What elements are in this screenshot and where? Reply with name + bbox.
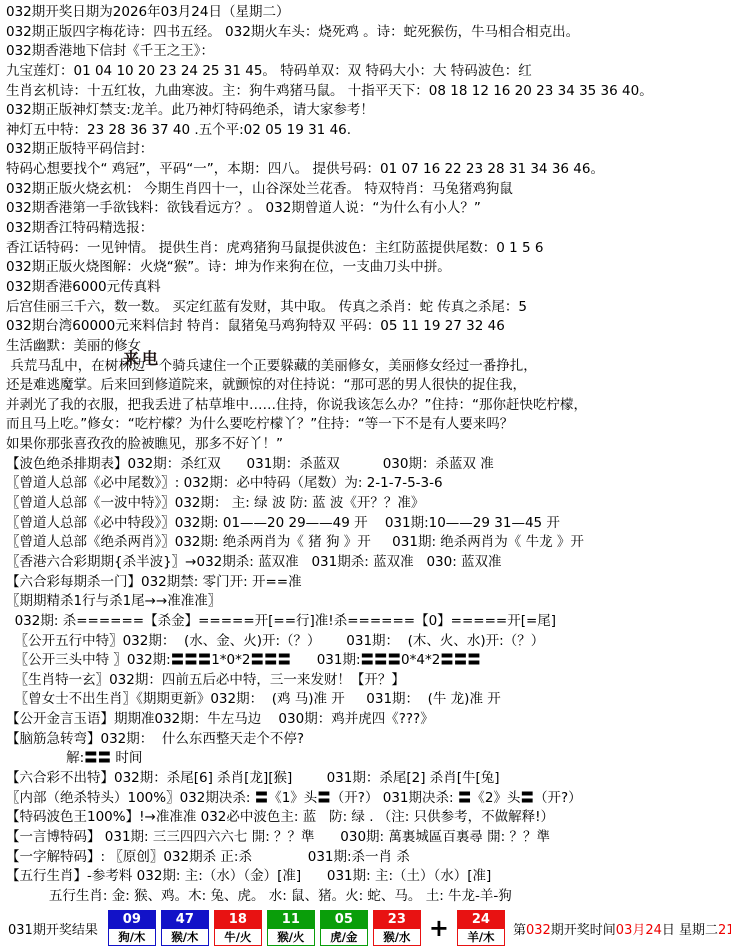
text-line: 〖曾道人总部《必中尾数》〗: 032期：必中特码（尾数）为: 2-1-7-5-3… [6, 474, 729, 494]
text-line: 九宝莲灯：01 04 10 20 23 24 25 31 45。 特码单双：双 … [6, 62, 729, 82]
text-line: 032期香江特码精选报： [6, 219, 729, 239]
text-line: 032期正版特平码信封： [6, 140, 729, 160]
text-line: 【六合彩不出特】032期：杀尾[6] 杀肖[龙][猴] 031期：杀尾[2] 杀… [6, 769, 729, 789]
text-line: 032期香港地下信封《千王之王》： [6, 42, 729, 62]
ball-number: 11 [267, 910, 315, 929]
text-line: 032期: 杀======【杀金】=====开[==行]准!杀======【0】… [6, 612, 729, 632]
text-line: 〖曾道人总部《一波中特》〗032期： 主: 绿 波 防: 蓝 波《开？？准》 [6, 494, 729, 514]
draw-result-bar: 031期开奖结果 09狗/木47猴/木18牛/火11猴/火05虎/金23猴/水+… [0, 906, 731, 950]
text-line: 五行生肖: 金: 猴、鸡。木: 兔、虎。 水: 鼠、猪。火: 蛇、马。 土: 牛… [6, 887, 729, 907]
text-line: 【六合彩每期杀一门】032期禁: 零门开: 开==准 [6, 573, 729, 593]
text-line: 兵荒马乱中，在树林边一个骑兵逮住一个正要躲藏的美丽修女，美丽修女经过一番挣扎， [6, 357, 729, 377]
next-draw-time-segment: 日 星期二 [662, 923, 718, 938]
next-draw-time-segment: 03月24 [616, 923, 662, 938]
text-line: 生活幽默：美丽的修女 [6, 337, 729, 357]
ball-number: 18 [214, 910, 262, 929]
next-draw-time-segment: 第 [513, 923, 526, 938]
next-draw-time-segment: 期开奖时间 [551, 923, 616, 938]
result-ball: 09狗/木 [108, 910, 156, 946]
lottery-tipsheet-page: 032期开奖日期为2026年03月24日（星期二）032期正版四字梅花诗：四书五… [0, 0, 731, 952]
text-line: 如果你那张喜孜孜的脸被瞧见，那多不好丫！” [6, 435, 729, 455]
ball-label: 牛/火 [214, 929, 262, 946]
next-draw-time-segment: 21:30 [718, 923, 731, 938]
result-label: 031期开奖结果 [8, 919, 98, 938]
text-line: 〖期期精杀1行与杀1尾→→准准准〗 [6, 592, 729, 612]
ball-label: 猴/木 [161, 929, 209, 946]
result-balls: 09狗/木47猴/木18牛/火11猴/火05虎/金23猴/水+24羊/木 [108, 910, 505, 946]
text-line: 〖生肖特一玄〗032期：四前五后必中特，三一来发财！【开？】 [6, 671, 729, 691]
text-line: 032期正版火烧玄机： 今期生肖四十一，山谷深处兰花香。 特双特肖：马兔猪鸡狗鼠 [6, 180, 729, 200]
text-line: 后宫佳丽三千六，数一数。 买定红蓝有发财，其中取。 传真之杀肖：蛇 传真之杀尾：… [6, 298, 729, 318]
text-line: 032期香港第一手欲钱料：欲钱看远方？。 032期曾道人说：“为什么有小人？” [6, 199, 729, 219]
text-line: 032期台湾60000元来料信封 特肖：鼠猪兔马鸡狗特双 平码：05 11 19… [6, 317, 729, 337]
ball-number: 47 [161, 910, 209, 929]
text-line: 【五行生肖】-参考料 032期: 主:（水）（金）[准] 031期: 主:（土）… [6, 867, 729, 887]
text-line: 032期开奖日期为2026年03月24日（星期二） [6, 3, 729, 23]
text-line: 〖曾道人总部《绝杀两肖》〗032期: 绝杀两肖为《 猪 狗 》开 031期: 绝… [6, 533, 729, 553]
text-line: 【一字解特码】: 〖原创〗032期杀 正:杀 031期:杀一肖 杀 [6, 848, 729, 868]
result-ball: 18牛/火 [214, 910, 262, 946]
text-line: 香江话特码：一见钟情。 提供生肖：虎鸡猪狗马鼠提供波色：主红防蓝提供尾数：0 1… [6, 239, 729, 259]
text-line: 032期正版四字梅花诗：四书五经。 032期火车头：烧死鸡 。诗：蛇死猴伤，牛马… [6, 23, 729, 43]
result-ball: 47猴/木 [161, 910, 209, 946]
result-ball: 23猴/水 [373, 910, 421, 946]
text-line: 【一言博特码】 031期: 三三四四六六七 開: ？？準 030期: 萬裏城區百… [6, 828, 729, 848]
text-line: 特码心想要找个“ 鸡冠”，平码“一”，本期：四八。 提供号码：01 07 16 … [6, 160, 729, 180]
ball-number: 05 [320, 910, 368, 929]
text-line: 032期正版火烧图解：火烧“猴”。诗：坤为作来狗在位，一支曲刀头中拼。 [6, 258, 729, 278]
text-line: 〖内部（绝杀特头）100%〗032期决杀: 〓《1》头〓（开?） 031期决杀:… [6, 789, 729, 809]
document-lines: 032期开奖日期为2026年03月24日（星期二）032期正版四字梅花诗：四书五… [6, 3, 729, 906]
text-line: 【公开金言玉语】期期准032期：牛左马边 030期：鸡并虎四《???》 [6, 710, 729, 730]
result-ball: 05虎/金 [320, 910, 368, 946]
text-line: 032期正版神灯禁支:龙羊。此乃神灯特码绝杀，请大家参考！ [6, 101, 729, 121]
ball-label: 狗/木 [108, 929, 156, 946]
text-line: 〖曾道人总部《必中特段》〗032期: 01——20 29——49 开 031期:… [6, 514, 729, 534]
result-ball: 24羊/木 [457, 910, 505, 946]
text-line: 解:〓〓 时间 [6, 749, 729, 769]
ball-number: 23 [373, 910, 421, 929]
text-line: 生肖玄机诗：十五红妆，九曲寒波。主：狗牛鸡猪马鼠。 十指平天下：08 18 12… [6, 82, 729, 102]
ball-label: 羊/木 [457, 929, 505, 946]
text-line: 【波色绝杀排期表】032期：杀红双 031期：杀蓝双 030期：杀蓝双 准 [6, 455, 729, 475]
overlay-stamp: 来电 [123, 346, 161, 369]
next-draw-time-segment: 032 [526, 923, 551, 938]
text-line: 〖公开三头中特 〗032期:〓〓〓1*0*2〓〓〓 031期:〓〓〓0*4*2〓… [6, 651, 729, 671]
ball-number: 09 [108, 910, 156, 929]
ball-label: 虎/金 [320, 929, 368, 946]
text-line: 〖曾女士不出生肖〗《期期更新》032期： (鸡 马)准 开 031期： (牛 龙… [6, 690, 729, 710]
ball-label: 猴/水 [373, 929, 421, 946]
text-line: 并剥光了我的衣服，把我丢进了枯草堆中……住持，你说我该怎么办？”住持：“那你赶快… [6, 396, 729, 416]
text-line: 神灯五中特：23 28 36 37 40 .五个平:02 05 19 31 46… [6, 121, 729, 141]
text-line: 而且马上吃。”修女：“吃柠檬？为什么要吃柠檬丫？”住持：“等一下不是有人要来吗？ [6, 415, 729, 435]
text-line: 还是难逃魔掌。后来回到修道院来，就颤惊的对住持说：“那可恶的男人很快的捉住我， [6, 376, 729, 396]
text-line: 〖公开五行中特〗032期： (水、金、火)开:（？） 031期： (木、火、水)… [6, 632, 729, 652]
text-line: 【特码波色王100%】!→准准准 032必中波色主: 蓝 防: 绿 . （注: … [6, 808, 729, 828]
text-line: 【脑筋急转弯】032期： 什么东西整天走个不停? [6, 730, 729, 750]
text-line: 032期香港6000元传真料 [6, 278, 729, 298]
result-ball: 11猴/火 [267, 910, 315, 946]
next-draw-time: 第032期开奖时间03月24日 星期二21:30 [513, 919, 731, 938]
ball-number: 24 [457, 910, 505, 929]
ball-label: 猴/火 [267, 929, 315, 946]
text-line: 〖香港六合彩期期{杀半波}〗→032期杀: 蓝双准 031期杀: 蓝双准 030… [6, 553, 729, 573]
plus-sign: + [429, 916, 449, 940]
